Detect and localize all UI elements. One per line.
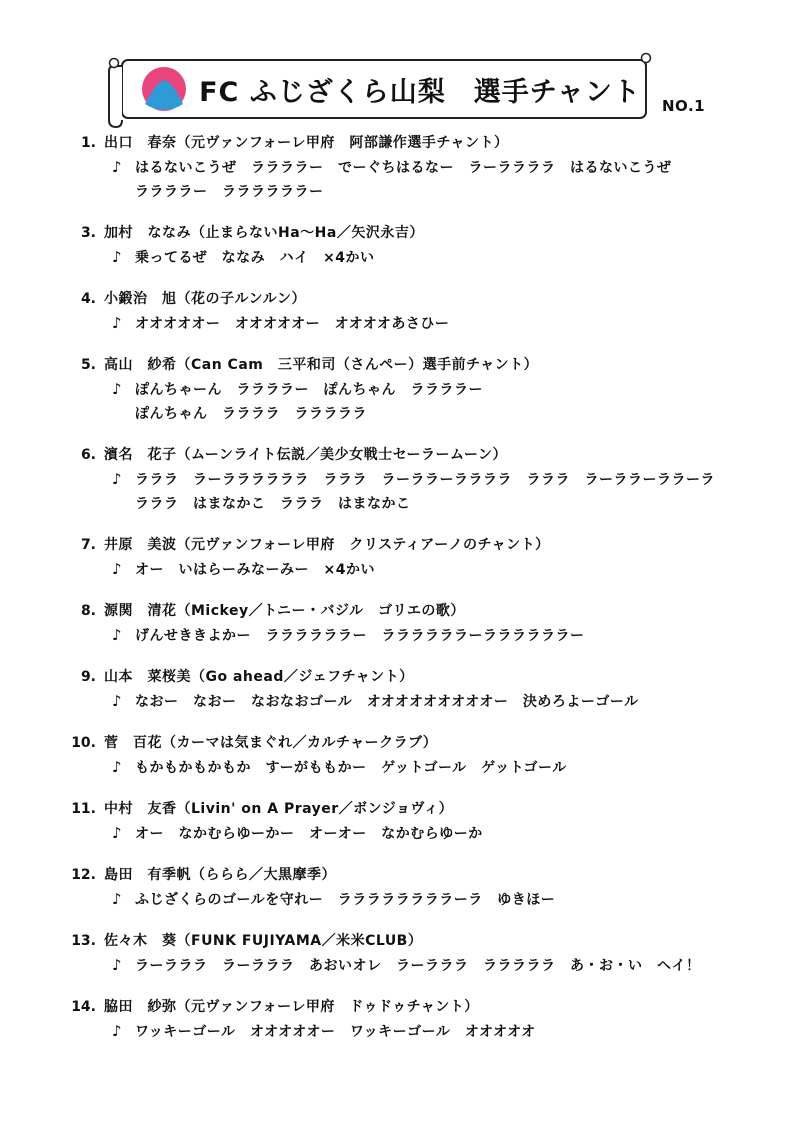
chant-lyrics: ふじざくらのゴールを守れー ララララララララーラ ゆきほー [135, 888, 555, 912]
chant-list: 1. 出口 春奈（元ヴァンフォーレ甲府 阿部謙作選手チャント） ♪ はるないこう… [0, 131, 794, 1061]
entry-player-song: 山本 菜桜美（Go ahead／ジェフチャント） [104, 665, 414, 689]
entry-number: 7. [68, 533, 96, 557]
chant-entry: 13. 佐々木 葵（FUNK FUJIYAMA／米米CLUB） ♪ ラーラララ … [0, 929, 794, 978]
chant-lyrics: げんせききよかー ララララララー ララララララーララララララー [135, 624, 585, 648]
chant-entry: 3. 加村 ななみ（止まらないHa～Ha／矢沢永吉） ♪ 乗ってるぜ ななみ ハ… [0, 221, 794, 270]
entry-number: 14. [68, 995, 96, 1019]
chant-lyrics: はるないこうぜ ララララー でーぐちはるなー ラーララララ はるないこうぜ [135, 156, 672, 180]
entry-number: 3. [68, 221, 96, 245]
entry-number: 6. [68, 443, 96, 467]
entry-player-song: 加村 ななみ（止まらないHa～Ha／矢沢永吉） [104, 221, 424, 245]
chant-entry: 12. 島田 有季帆（ららら／大黒摩季） ♪ ふじざくらのゴールを守れー ラララ… [0, 863, 794, 912]
music-note-icon: ♪ [112, 467, 135, 491]
chant-entry: 4. 小鍛治 旭（花の子ルンルン） ♪ オオオオオー オオオオオー オオオオあさ… [0, 287, 794, 336]
entry-number: 13. [68, 929, 96, 953]
chant-entry: 5. 高山 紗希（Can Cam 三平和司（さんペー）選手前チャント） ♪ ぽん… [0, 353, 794, 426]
music-note-icon: ♪ [112, 887, 135, 911]
entry-player-song: 高山 紗希（Can Cam 三平和司（さんペー）選手前チャント） [104, 353, 538, 377]
chant-sheet-page: FC ふじざくら山梨 選手チャント NO.1 1. 出口 春奈（元ヴァンフォーレ… [0, 0, 794, 1123]
chant-entry: 11. 中村 友香（Livin' on A Prayer／ボンジョヴィ） ♪ オ… [0, 797, 794, 846]
club-logo [142, 67, 186, 111]
entry-number: 1. [68, 131, 96, 155]
chant-entry: 9. 山本 菜桜美（Go ahead／ジェフチャント） ♪ なおー なおー なお… [0, 665, 794, 714]
entry-player-song: 脇田 紗弥（元ヴァンフォーレ甲府 ドゥドゥチャント） [104, 995, 479, 1019]
chant-lyrics: ラララ はまなかこ ラララ はまなかこ [135, 492, 411, 516]
music-note-icon: ♪ [112, 245, 135, 269]
entry-number: 9. [68, 665, 96, 689]
chant-lyrics: ラララ ラーララララララ ラララ ラーララーララララ ラララ ラーララーララーラ [135, 468, 715, 492]
chant-entry: 14. 脇田 紗弥（元ヴァンフォーレ甲府 ドゥドゥチャント） ♪ ワッキーゴール… [0, 995, 794, 1044]
chant-lyrics: もかもかもかもか すーがももかー ゲットゴール ゲットゴール [135, 756, 567, 780]
entry-player-song: 出口 春奈（元ヴァンフォーレ甲府 阿部謙作選手チャント） [104, 131, 508, 155]
banner-right-curl-icon [642, 54, 651, 63]
entry-number: 12. [68, 863, 96, 887]
entry-player-song: 菅 百花（カーマは気まぐれ／カルチャークラブ） [104, 731, 437, 755]
music-note-icon: ♪ [112, 1019, 135, 1043]
music-note-icon: ♪ [112, 821, 135, 845]
music-note-icon: ♪ [112, 155, 135, 179]
entry-number: 11. [68, 797, 96, 821]
music-note-icon: ♪ [112, 689, 135, 713]
chant-entry: 8. 源関 清花（Mickey／トニー・バジル ゴリエの歌） ♪ げんせききよか… [0, 599, 794, 648]
chant-lyrics: オオオオオー オオオオオー オオオオあさひー [135, 312, 449, 336]
chant-lyrics: オー いはらーみなーみー ×4かい [135, 558, 375, 582]
chant-lyrics: オー なかむらゆーかー オーオー なかむらゆーか [135, 822, 483, 846]
banner-left-roll [109, 66, 122, 127]
entry-player-song: 小鍛治 旭（花の子ルンルン） [104, 287, 306, 311]
entry-number: 5. [68, 353, 96, 377]
chant-lyrics: 乗ってるぜ ななみ ハイ ×4かい [135, 246, 375, 270]
music-note-icon: ♪ [112, 755, 135, 779]
chant-lyrics: ぽんちゃーん ララララー ぽんちゃん ララララー [135, 378, 483, 402]
entry-number: 10. [68, 731, 96, 755]
chant-entry: 7. 井原 美波（元ヴァンフォーレ甲府 クリスティアーノのチャント） ♪ オー … [0, 533, 794, 582]
chant-lyrics: なおー なおー なおなおゴール オオオオオオオオオー 決めろよーゴール [135, 690, 639, 714]
entry-number: 8. [68, 599, 96, 623]
music-note-icon: ♪ [112, 623, 135, 647]
music-note-icon: ♪ [112, 557, 135, 581]
chant-lyrics: ラーラララ ラーラララ あおいオレ ラーラララ ラララララ あ・お・い ヘイ！ [135, 954, 701, 978]
chant-entry: 10. 菅 百花（カーマは気まぐれ／カルチャークラブ） ♪ もかもかもかもか す… [0, 731, 794, 780]
music-note-icon: ♪ [112, 953, 135, 977]
entry-player-song: 濱名 花子（ムーンライト伝説／美少女戦士セーラームーン） [104, 443, 507, 467]
page-title: FC ふじざくら山梨 選手チャント [194, 70, 646, 109]
entry-player-song: 佐々木 葵（FUNK FUJIYAMA／米米CLUB） [104, 929, 422, 953]
page-number: NO.1 [662, 97, 705, 115]
scroll-banner-header: FC ふじざくら山梨 選手チャント [98, 50, 664, 134]
entry-player-song: 中村 友香（Livin' on A Prayer／ボンジョヴィ） [104, 797, 453, 821]
banner-left-curl-icon [110, 59, 119, 68]
entry-player-song: 島田 有季帆（ららら／大黒摩季） [104, 863, 336, 887]
chant-lyrics: ワッキーゴール オオオオオー ワッキーゴール オオオオオ [135, 1020, 536, 1044]
music-note-icon: ♪ [112, 377, 135, 401]
chant-lyrics: ララララー ララララララー [135, 180, 324, 204]
entry-player-song: 井原 美波（元ヴァンフォーレ甲府 クリスティアーノのチャント） [104, 533, 550, 557]
chant-entry: 6. 濱名 花子（ムーンライト伝説／美少女戦士セーラームーン） ♪ ラララ ラー… [0, 443, 794, 516]
music-note-icon: ♪ [112, 311, 135, 335]
chant-entry: 1. 出口 春奈（元ヴァンフォーレ甲府 阿部謙作選手チャント） ♪ はるないこう… [0, 131, 794, 204]
entry-number: 4. [68, 287, 96, 311]
chant-lyrics: ぽんちゃん ララララ ラララララ [135, 402, 367, 426]
entry-player-song: 源関 清花（Mickey／トニー・バジル ゴリエの歌） [104, 599, 465, 623]
